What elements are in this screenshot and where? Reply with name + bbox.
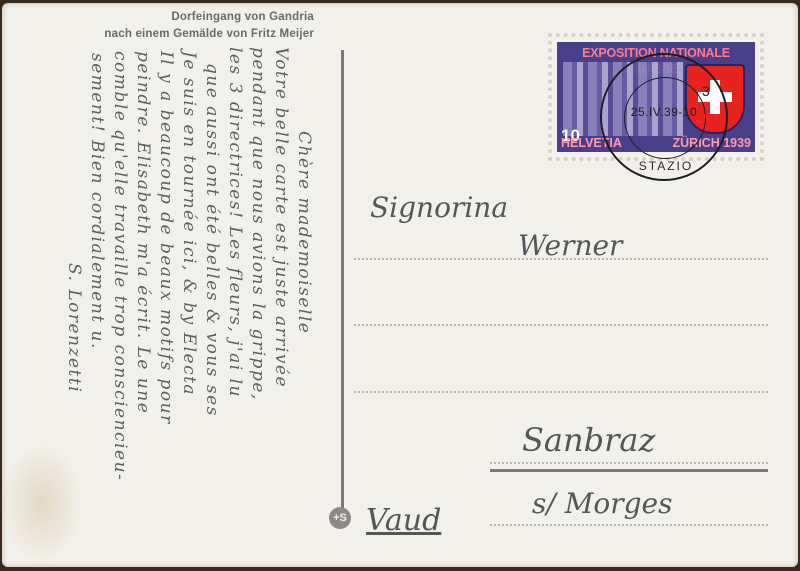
message-line: les 3 directrices! Les fleurs, j'ai lu [225, 47, 245, 398]
message-line: sement! Bien cordialement u. [87, 53, 107, 350]
vertical-divider [341, 50, 344, 508]
handwritten-message: Chère mademoiselle Votre belle carte est… [16, 43, 316, 563]
caption-title: Dorfeingang von Gandria [104, 9, 314, 26]
address-line-2 [354, 324, 768, 326]
publisher-logo-icon: +S [329, 507, 351, 529]
address-line-3 [354, 391, 768, 393]
postmark-number: 3 [702, 83, 710, 99]
postmark-date: 25.IV.39-10 [608, 105, 720, 119]
message-line: Je suis en tournée ici, & by Electa [179, 51, 199, 396]
address-canton: Vaud [366, 503, 441, 538]
message-line: Il y a beaucoup de beaux motifs pour [156, 51, 176, 425]
address-recipient-name: Werner [518, 229, 622, 262]
address-town: Sanbraz [522, 421, 655, 459]
message-line: peindre. Elisabeth m'a écrit. Le une [133, 51, 153, 414]
address-line-4 [490, 462, 768, 464]
message-line: Votre belle carte est juste arrivée [271, 47, 291, 388]
picture-caption: Dorfeingang von Gandria nach einem Gemäl… [104, 9, 314, 43]
address-line-5 [490, 524, 768, 526]
message-line: que aussi ont été belles & vous ses [202, 63, 222, 417]
address-district: s/ Morges [532, 487, 672, 520]
address-underline [490, 469, 768, 472]
postmark-place: STAZIO [622, 159, 710, 173]
message-line: pendant que nous avions la grippe, [248, 47, 268, 401]
message-line: Chère mademoiselle [294, 131, 314, 334]
postmark: 25.IV.39-10 3 STAZIO [600, 53, 728, 181]
address-recipient-title: Signorina [370, 191, 508, 224]
postcard-back: Dorfeingang von Gandria nach einem Gemäl… [2, 3, 798, 567]
caption-credit: nach einem Gemälde von Fritz Meijer [104, 26, 314, 43]
signature: S. Lorenzetti [64, 263, 84, 393]
message-line: comble qu'elle travaille trop conscienci… [110, 51, 130, 481]
